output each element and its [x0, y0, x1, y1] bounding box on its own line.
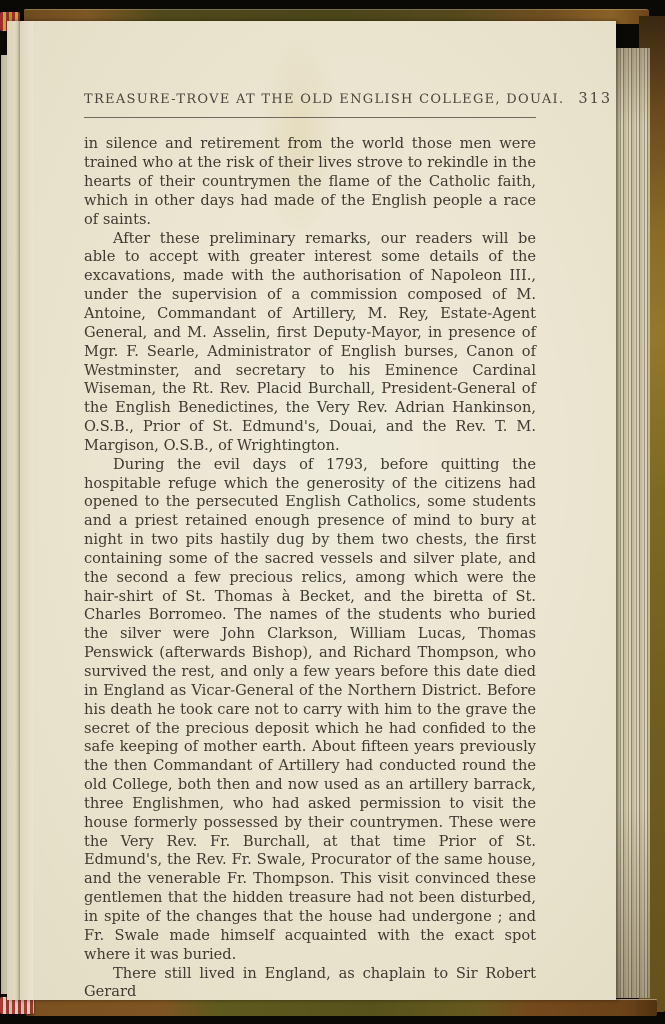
paragraph: There still lived in England, as chaplai…	[84, 965, 536, 1003]
page-content: TREASURE-TROVE AT THE OLD ENGLISH COLLEG…	[84, 91, 536, 1002]
header-rule	[84, 117, 536, 118]
paragraph: During the evil days of 1793, before qui…	[84, 456, 536, 965]
book-page: TREASURE-TROVE AT THE OLD ENGLISH COLLEG…	[7, 21, 616, 1000]
page-stack-fore-edge	[610, 48, 650, 998]
page-number: 313	[578, 91, 612, 107]
running-title: TREASURE-TROVE AT THE OLD ENGLISH COLLEG…	[84, 92, 564, 107]
running-head: TREASURE-TROVE AT THE OLD ENGLISH COLLEG…	[84, 91, 536, 107]
paragraph: in silence and retirement from the world…	[84, 135, 536, 229]
paragraph: After these preliminary remarks, our rea…	[84, 230, 536, 456]
body-text: in silence and retirement from the world…	[84, 135, 536, 1002]
page-gutter-crease	[7, 21, 33, 1000]
book-photo-scene: TREASURE-TROVE AT THE OLD ENGLISH COLLEG…	[0, 0, 665, 1024]
